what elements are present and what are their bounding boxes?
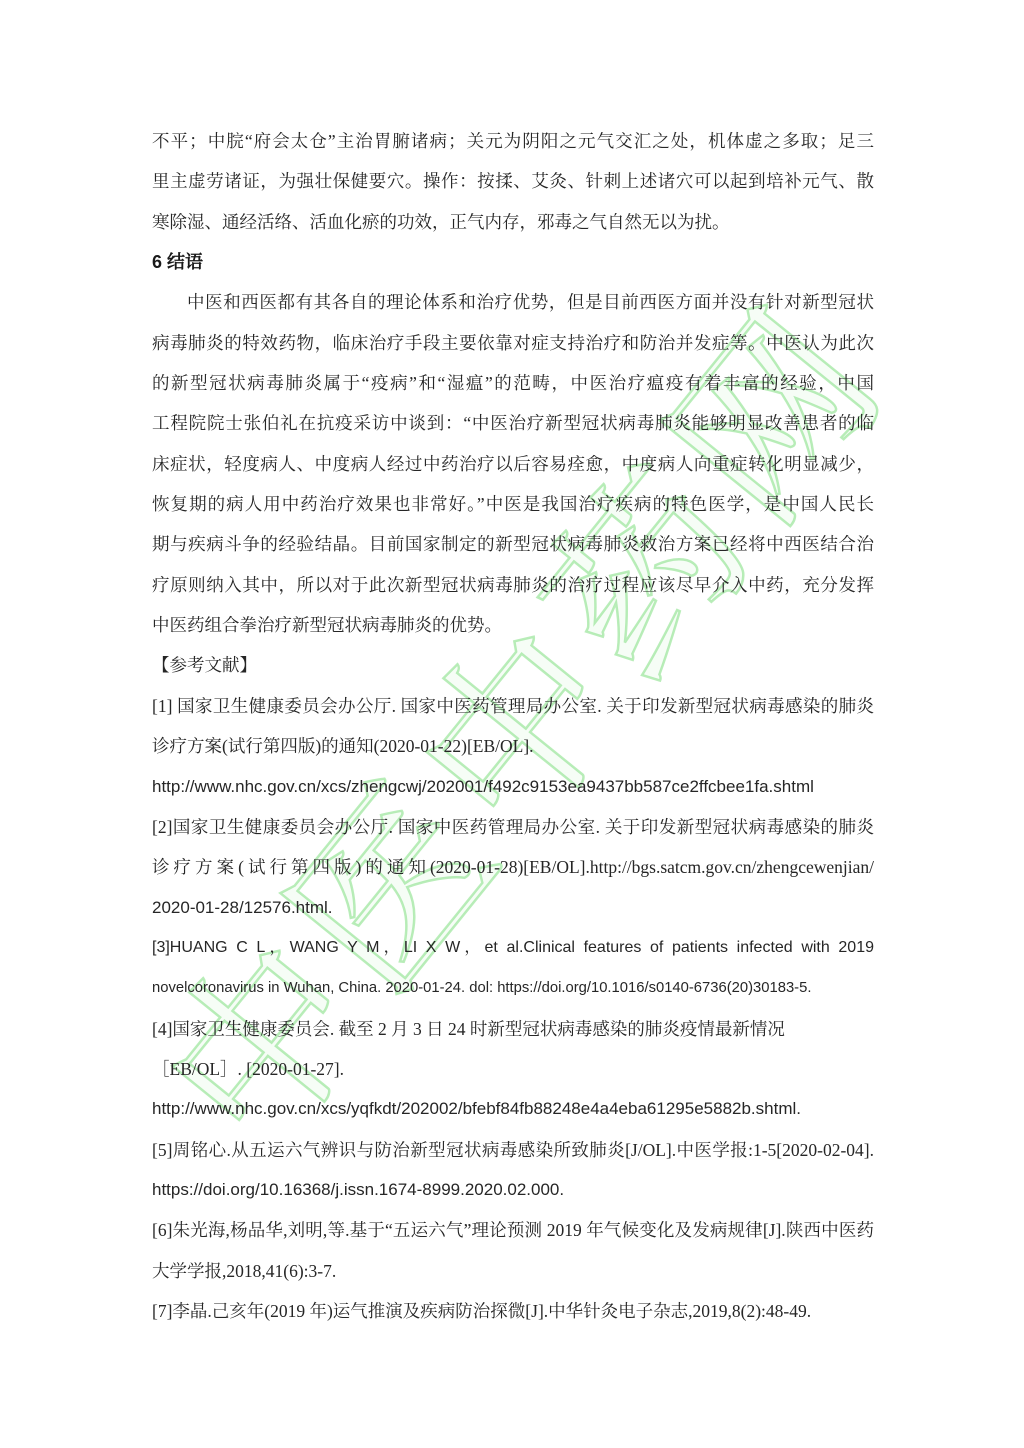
reference-line: [5]周铭心.从五运六气辨识与防治新型冠状病毒感染所致肺炎[J/OL].中医学报… bbox=[152, 1130, 874, 1170]
reference-line: 大学学报,2018,41(6):3-7. bbox=[152, 1251, 874, 1291]
references-heading: 【参考文献】 bbox=[152, 645, 874, 685]
body-text-line: 期与疾病斗争的经验结晶。目前国家制定的新型冠状病毒肺炎救治方案已经将中西医结合治 bbox=[152, 524, 874, 564]
reference-line: [7]李晶.己亥年(2019 年)运气推演及疾病防治探微[J].中华针灸电子杂志… bbox=[152, 1291, 874, 1331]
reference-url-line: http://www.nhc.gov.cn/xcs/zhengcwj/20200… bbox=[152, 767, 874, 807]
reference-line: 诊疗方案(试行第四版)的通知(2020-01-22)[EB/OL]. bbox=[152, 726, 874, 766]
body-text-line: 疗原则纳入其中，所以对于此次新型冠状病毒肺炎的治疗过程应该尽早介入中药，充分发挥 bbox=[152, 565, 874, 605]
body-text-line: 床症状，轻度病人、中度病人经过中药治疗以后容易痊愈，中度病人向重症转化明显减少， bbox=[152, 444, 874, 484]
reference-line: ［EB/OL］. [2020-01-27]. bbox=[152, 1049, 874, 1089]
body-text-line: 里主虚劳诸证，为强壮保健要穴。操作：按揉、艾灸、针刺上述诸穴可以起到培补元气、散 bbox=[152, 161, 874, 201]
body-text-line: 寒除湿、通经活络、活血化瘀的功效，正气内存，邪毒之气自然无以为扰。 bbox=[152, 202, 874, 242]
reference-line: [2]国家卫生健康委员会办公厅. 国家中医药管理局办公室. 关于印发新型冠状病毒… bbox=[152, 807, 874, 847]
reference-line: [3]HUANG C L，WANG Y M，LI X W，et al.Clini… bbox=[152, 928, 874, 968]
body-text-line: 中医药组合拳治疗新型冠状病毒肺炎的优势。 bbox=[152, 605, 874, 645]
reference-url-line: 2020-01-28/12576.html. bbox=[152, 888, 874, 928]
body-text-line: 恢复期的病人用中药治疗效果也非常好。”中医是我国治疗疾病的特色医学，是中国人民长 bbox=[152, 484, 874, 524]
reference-line: 诊疗方案(试行第四版)的通知(2020-01-28)[EB/OL].http:/… bbox=[152, 847, 874, 887]
reference-line: [4]国家卫生健康委员会. 截至 2 月 3 日 24 时新型冠状病毒感染的肺炎… bbox=[152, 1009, 874, 1049]
body-text-line: 病毒肺炎的特效药物，临床治疗手段主要依靠对症支持治疗和防治并发症等。中医认为此次 bbox=[152, 323, 874, 363]
body-text-line: 中医和西医都有其各自的理论体系和治疗优势，但是目前西医方面并没有针对新型冠状 bbox=[152, 282, 874, 322]
document-content: 不平；中脘“府会太仓”主治胃腑诸病；关元为阴阳之元气交汇之处，机体虚之多取；足三… bbox=[152, 121, 874, 1331]
body-text-line: 的新型冠状病毒肺炎属于“疫病”和“湿瘟”的范畴，中医治疗瘟疫有着丰富的经验，中国 bbox=[152, 363, 874, 403]
reference-url-line: http://www.nhc.gov.cn/xcs/yqfkdt/202002/… bbox=[152, 1089, 874, 1129]
body-text-line: 不平；中脘“府会太仓”主治胃腑诸病；关元为阴阳之元气交汇之处，机体虚之多取；足三 bbox=[152, 121, 874, 161]
document-page: 中医中药网 不平；中脘“府会太仓”主治胃腑诸病；关元为阴阳之元气交汇之处，机体虚… bbox=[0, 0, 1024, 1448]
body-text-line: 工程院院士张伯礼在抗疫采访中谈到：“中医治疗新型冠状病毒肺炎能够明显改善患者的临 bbox=[152, 403, 874, 443]
section-heading: 6 结语 bbox=[152, 242, 874, 282]
reference-url-line: https://doi.org/10.16368/j.issn.1674-899… bbox=[152, 1170, 874, 1210]
reference-url-line: novelcoronavirus in Wuhan, China. 2020-0… bbox=[152, 968, 874, 1008]
reference-line: [6]朱光海,杨品华,刘明,等.基于“五运六气”理论预测 2019 年气候变化及… bbox=[152, 1210, 874, 1250]
reference-line: [1] 国家卫生健康委员会办公厅. 国家中医药管理局办公室. 关于印发新型冠状病… bbox=[152, 686, 874, 726]
